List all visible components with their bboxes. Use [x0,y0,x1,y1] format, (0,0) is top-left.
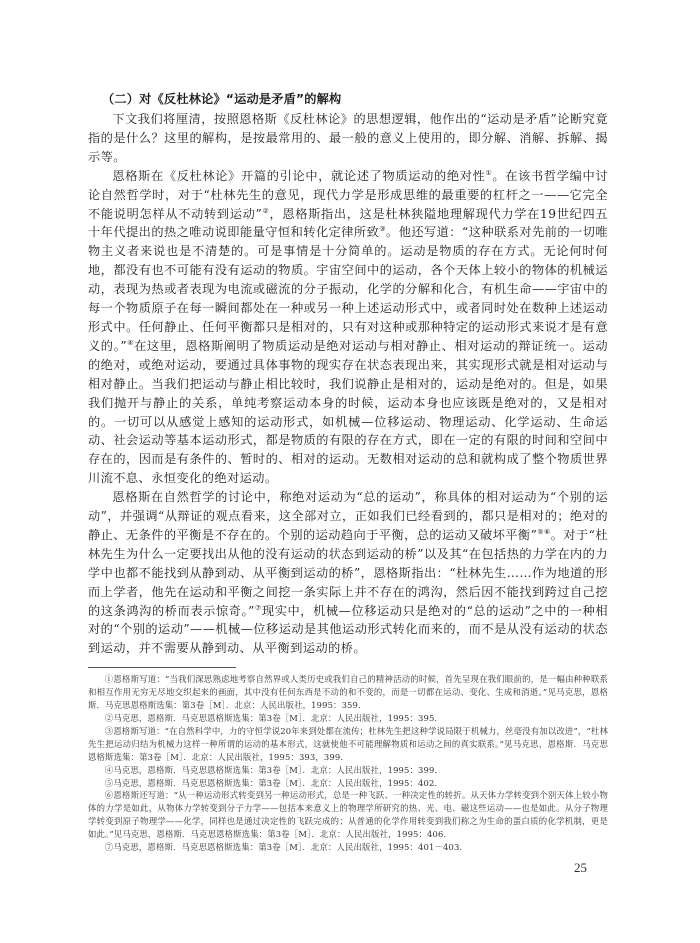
footnote-6: ⑥恩格斯还写道：“从一种运动形式转变到另一种运动形式，总是一种飞跃、一种决定性的… [88,789,608,841]
footnote-4: ④马克思，恩格斯．马克思恩格斯选集：第3卷［M］．北京：人民出版社，1995：3… [88,764,608,777]
paragraph-text: 在这里，恩格斯阐明了物质运动是绝对运动与相对静止、相对运动的辩证统一。运动的绝对… [88,339,608,485]
footnote-1: ①恩格斯写道：“当我们深思熟虑地考察自然界或人类历史或我们自己的精神活动的时候，… [88,673,608,712]
footnote-divider [88,667,236,668]
paragraph-text: 。他还写道：“这种联系对先前的一切唯物主义者来说也是不清楚的。可是事情是十分简单… [88,225,608,352]
body-paragraph-2: 恩格斯在《反杜林论》开篇的引论中，就论述了物质运动的绝对性①。在该书哲学编中讨论… [88,167,608,488]
body-paragraph-3: 恩格斯在自然哲学的讨论中，称绝对运动为“总的运动”，称具体的相对运动为“个别的运… [88,488,608,658]
section-heading: （二）对《反杜林论》“运动是矛盾”的解构 [102,90,608,109]
paragraph-text: 恩格斯在《反杜林论》开篇的引论中，就论述了物质运动的绝对性 [112,169,485,183]
document-page: （二）对《反杜林论》“运动是矛盾”的解构 下文我们将厘清，按照恩格斯《反杜林论》… [88,90,608,854]
footnote-ref-5-6[interactable]: ⑤⑥ [537,528,550,536]
footnote-ref-7[interactable]: ⑦ [255,604,262,612]
body-paragraph-1: 下文我们将厘清，按照恩格斯《反杜林论》的思想逻辑，他作出的“运动是矛盾”论断究竟… [88,110,608,167]
paragraph-text: 恩格斯在自然哲学的讨论中，称绝对运动为“总的运动”，称具体的相对运动为“个别的运… [88,490,608,542]
footnote-2: ②马克思，恩格斯．马克思恩格斯选集：第3卷［M］．北京：人民出版社，1995：3… [88,712,608,725]
footnotes: ①恩格斯写道：“当我们深思熟虑地考察自然界或人类历史或我们自己的精神活动的时候，… [88,673,608,854]
paragraph-text: 下文我们将厘清，按照恩格斯《反杜林论》的思想逻辑，他作出的“运动是矛盾”论断究竟… [88,112,608,164]
footnote-5: ⑤马克思，恩格斯．马克思恩格斯选集：第3卷［M］．北京：人民出版社，1995：4… [88,777,608,790]
page-number: 25 [574,860,587,876]
footnote-7: ⑦马克思，恩格斯．马克思恩格斯选集：第3卷［M］．北京：人民出版社，1995：4… [88,841,608,854]
footnote-3: ③恩格斯写道：“在自然科学中，力的守恒学说20年来到处都在流传；杜林先生把这种学… [88,725,608,764]
